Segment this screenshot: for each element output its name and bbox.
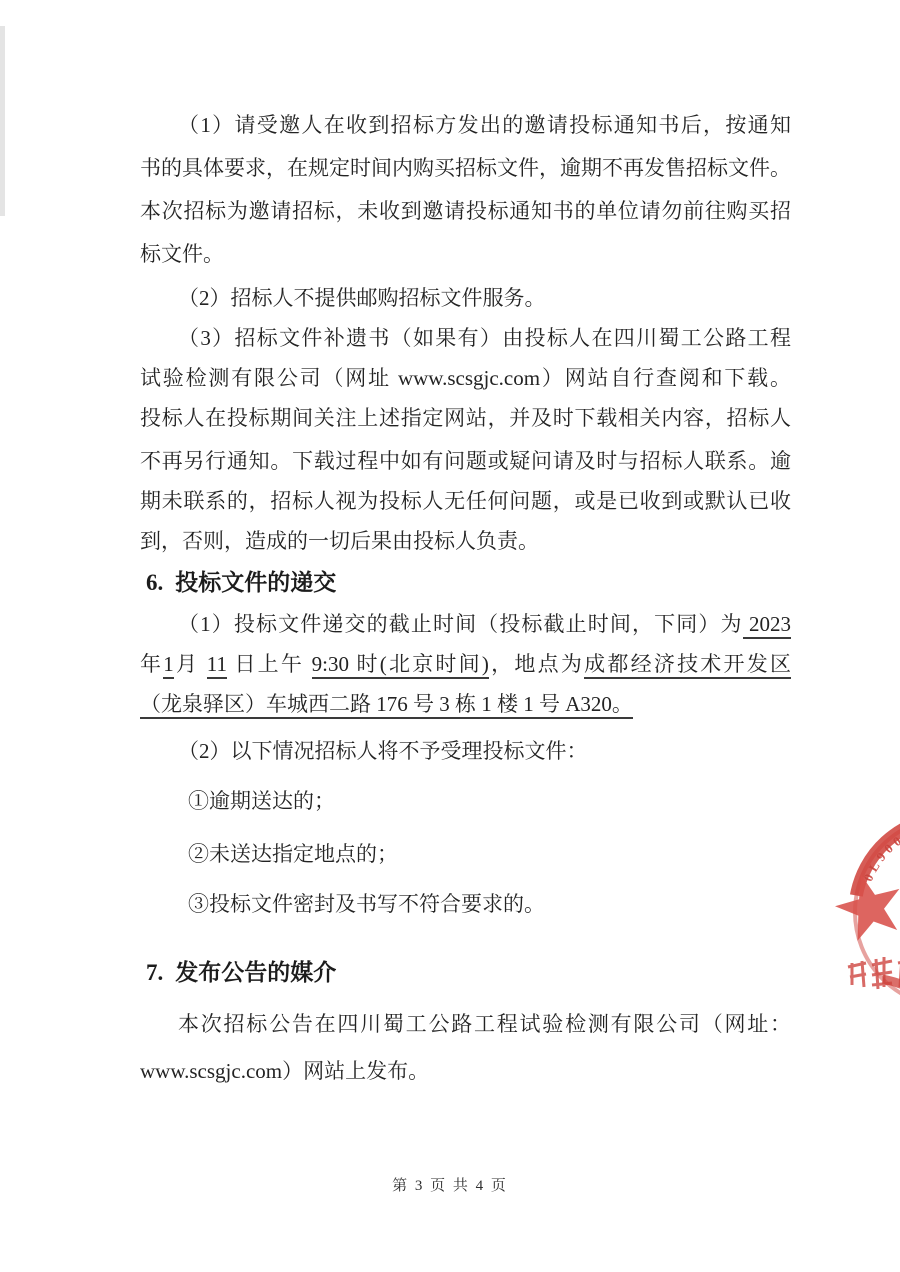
section-number: 7. [146, 960, 163, 985]
text-segment: ，地点为 [489, 652, 584, 676]
list-item: ②未送达指定地点的； [140, 838, 791, 870]
scan-edge-artifact [0, 26, 5, 216]
star-icon [835, 874, 899, 941]
section-7-heading: 7.发布公告的媒介 [146, 957, 791, 989]
paragraph-line: （1）投标文件递交的截止时间（投标截止时间，下同）为 2023 [140, 608, 791, 640]
list-item: ③投标文件密封及书写不符合要求的。 [140, 888, 791, 920]
page-number-footer: 第 3 页 共 4 页 [0, 1174, 900, 1195]
paragraph-line: 本次招标公告在四川蜀工公路工程试验检测有限公司（网址： [140, 1008, 791, 1040]
text-segment: 日上午 [227, 652, 312, 676]
scanned-document-page: （1）请受邀人在收到招标方发出的邀请投标通知书后，按通知 书的具体要求，在规定时… [0, 0, 900, 1272]
deadline-day-underlined: 11 [207, 652, 227, 679]
section-number: 6. [146, 570, 163, 595]
deadline-time-underlined: 9:30 时(北京时间) [312, 652, 489, 679]
paragraph-line: （2）以下情况招标人将不予受理投标文件： [140, 735, 791, 767]
section-title: 投标文件的递交 [175, 570, 336, 595]
paragraph-line: 不再另行通知。下载过程中如有问题或疑问请及时与招标人联系。逾 [140, 445, 791, 477]
paragraph-line: 书的具体要求，在规定时间内购买招标文件，逾期不再发售招标文件。 [140, 152, 791, 184]
paragraph-line: 投标人在投标期间关注上述指定网站，并及时下载相关内容，招标人 [140, 402, 791, 434]
list-item: ①逾期送达的； [140, 785, 791, 817]
deadline-year-underlined: 2023 [743, 612, 791, 639]
paragraph-line: 期未联系的，招标人视为投标人无任何问题，或是已收到或默认已收 [140, 485, 791, 517]
section-6-heading: 6.投标文件的递交 [146, 567, 791, 599]
paragraph-line: （2）招标人不提供邮购招标文件服务。 [140, 282, 791, 314]
paragraph-line: 标文件。 [140, 238, 791, 270]
paragraph-line: （1）请受邀人在收到招标方发出的邀请投标通知书后，按通知 [140, 109, 791, 141]
section-title: 发布公告的媒介 [175, 960, 336, 985]
deadline-month-underlined: 1 [163, 652, 174, 679]
paragraph-line: www.scsgjc.com）网站上发布。 [140, 1055, 791, 1087]
deadline-text: （1）投标文件递交的截止时间（投标截止时间，下同）为 [178, 612, 743, 636]
paragraph-line: （龙泉驿区）车城西二路 176 号 3 栋 1 楼 1 号 A320。 [140, 688, 791, 720]
text-segment: 年 [140, 652, 163, 676]
paragraph-line: 本次招标为邀请招标，未收到邀请投标通知书的单位请勿前往购买招 [140, 195, 791, 227]
paragraph-line: （3）招标文件补遗书（如果有）由投标人在四川蜀工公路工程 [140, 322, 791, 354]
text-segment: 月 [174, 652, 207, 676]
paragraph-line: 到，否则，造成的一切后果由投标人负责。 [140, 525, 791, 557]
paragraph-line: 试验检测有限公司（网址 www.scsgjc.com）网站自行查阅和下载。 [140, 362, 791, 394]
paragraph-line: 年1月 11 日上午 9:30 时(北京时间)，地点为成都经济技术开发区 [140, 648, 791, 680]
location-underlined: 成都经济技术开发区 [584, 652, 791, 679]
address-underlined: （龙泉驿区）车城西二路 176 号 3 栋 1 楼 1 号 A320。 [140, 692, 633, 719]
official-seal: 0L900 [822, 795, 900, 1025]
